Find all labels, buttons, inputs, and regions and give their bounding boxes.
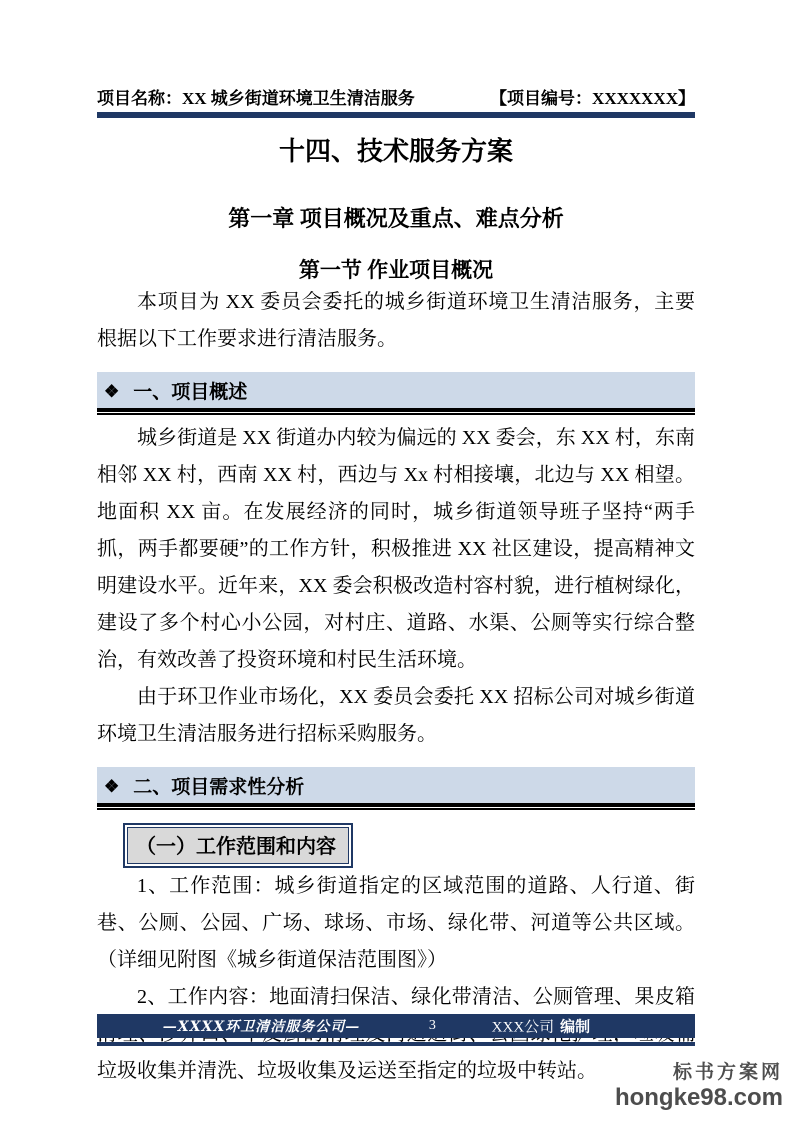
page-footer: —XXXX环卫清洁服务公司— 3 XXX公司编制 (97, 1014, 695, 1046)
heading-project-overview: ❖一、项目概述 (97, 372, 695, 412)
boxed-heading-scope-and-content: （一）工作范围和内容 (127, 827, 349, 864)
footer-bar: —XXXX环卫清洁服务公司— 3 XXX公司编制 (97, 1014, 695, 1038)
footer-page-number: 3 (429, 1018, 436, 1034)
document-title: 十四、技术服务方案 (97, 131, 695, 168)
diamond-bullet-icon: ❖ (104, 382, 119, 402)
footer-prepared-by: XXX公司编制 (492, 1016, 591, 1037)
paragraph-overview: 城乡街道是 XX 街道办内较为偏远的 XX 委会，东 XX 村，东南相邻 XX … (97, 420, 695, 679)
section-title: 第一节 作业项目概况 (97, 254, 695, 284)
page-header: 项目名称：XX 城乡街道环境卫生清洁服务 【项目编号：XXXXXXX】 (97, 0, 695, 109)
heading-demand-analysis-label: 二、项目需求性分析 (133, 777, 304, 798)
heading-project-overview-label: 一、项目概述 (133, 382, 247, 403)
watermark-site-name: 标书方案网 (615, 1062, 783, 1084)
header-divider (97, 112, 695, 118)
header-project-name: 项目名称：XX 城乡街道环境卫生清洁服务 (97, 84, 415, 109)
footer-prepared-suffix: 编制 (560, 1020, 590, 1036)
header-project-number: 【项目编号：XXXXXXX】 (490, 84, 695, 109)
footer-divider (97, 1042, 695, 1046)
chapter-title: 第一章 项目概况及重点、难点分析 (97, 202, 695, 233)
paragraph-tender: 由于环卫作业市场化，XX 委员会委托 XX 招标公司对城乡街道环境卫生清洁服务进… (97, 679, 695, 753)
paragraph-intro: 本项目为 XX 委员会委托的城乡街道环境卫生清洁服务，主要根据以下工作要求进行清… (97, 284, 695, 358)
document-page: 项目名称：XX 城乡街道环境卫生清洁服务 【项目编号：XXXXXXX】 十四、技… (0, 0, 793, 1122)
footer-company-name: —XXXX环卫清洁服务公司— (163, 1016, 360, 1036)
diamond-bullet-icon: ❖ (104, 777, 119, 797)
boxed-heading-outer-border: （一）工作范围和内容 (123, 823, 353, 868)
boxed-heading-wrap: （一）工作范围和内容 (123, 823, 695, 868)
footer-prepared-company: XXX公司 (492, 1020, 555, 1036)
heading-demand-analysis: ❖二、项目需求性分析 (97, 767, 695, 807)
watermark-site-url: hongke98.com (615, 1084, 783, 1112)
site-watermark: 标书方案网 hongke98.com (615, 1062, 783, 1111)
document-content: 项目名称：XX 城乡街道环境卫生清洁服务 【项目编号：XXXXXXX】 十四、技… (97, 0, 695, 1090)
paragraph-work-scope: 1、工作范围：城乡街道指定的区域范围的道路、人行道、街巷、公厕、公园、广场、球场… (97, 868, 695, 979)
